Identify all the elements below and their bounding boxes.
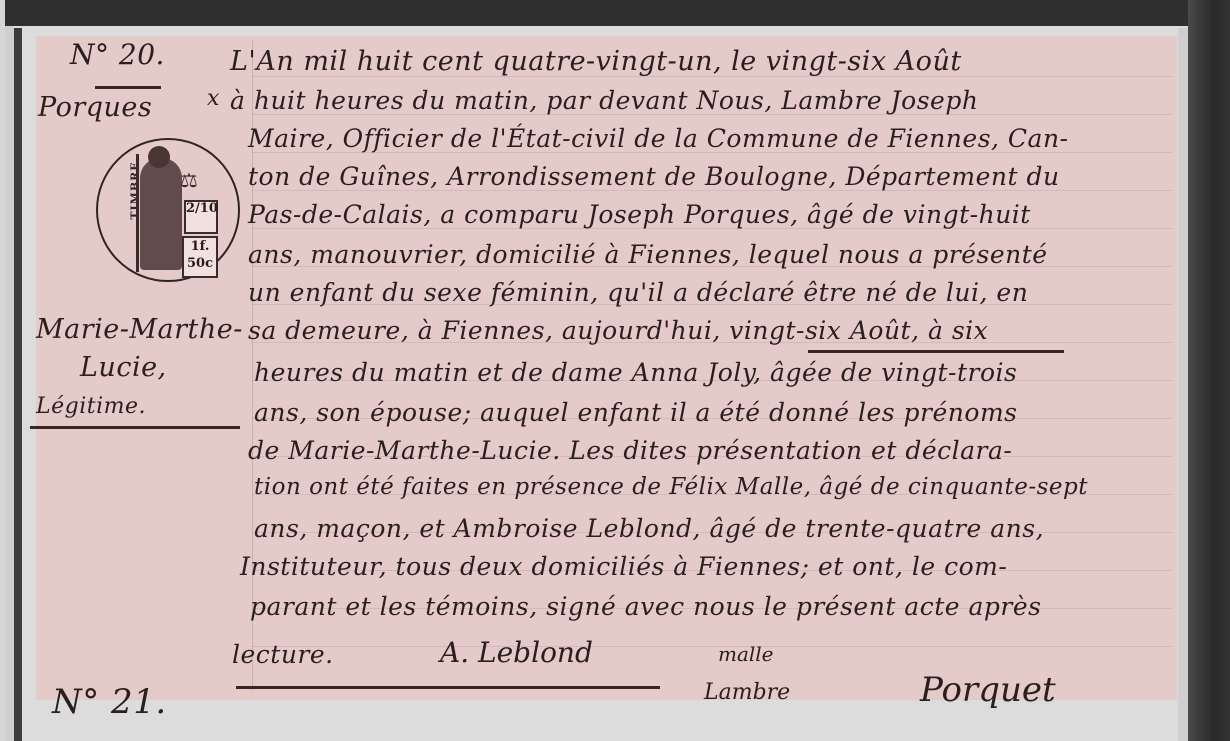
date-underline <box>808 350 1064 353</box>
record-line-9: heures du matin et de dame Anna Joly, âg… <box>254 358 1017 387</box>
margin-status: Légitime. <box>36 394 146 419</box>
scan-right-border <box>1188 0 1230 741</box>
signature-porquet: Porquet <box>920 670 1056 710</box>
record-line-8: sa demeure, à Fiennes, aujourd'hui, ving… <box>248 316 988 345</box>
page-left-margin <box>5 26 14 741</box>
signature-leblond: A. Leblond <box>440 636 593 669</box>
record-line-10: ans, son épouse; auquel enfant il a été … <box>254 398 1017 427</box>
margin-status-underline <box>30 426 240 429</box>
margin-surname-mark: x <box>207 86 220 111</box>
stamp-value-top: 2/10 <box>184 200 218 234</box>
stamp-value-bottom: 1f. 50c <box>182 236 218 278</box>
record-line-11: de Marie-Marthe-Lucie. Les dites présent… <box>248 436 1012 465</box>
signature-underline <box>236 686 660 689</box>
binding-line <box>14 28 22 741</box>
record-line-16: lecture. <box>232 640 334 669</box>
justice-figure-icon <box>140 158 182 270</box>
record-line-7: un enfant du sexe féminin, qu'il a décla… <box>248 278 1028 307</box>
stamp-staff-icon <box>136 154 139 272</box>
signature-malle: malle <box>718 642 774 666</box>
record-line-3: Maire, Officier de l'État-civil de la Co… <box>248 124 1069 153</box>
margin-given-names-2: Lucie, <box>80 352 167 383</box>
stamp-value-francs: 1f. <box>184 238 216 255</box>
stamp-value-centimes: 50c <box>184 255 216 272</box>
next-entry-number: N° 21. <box>52 682 167 722</box>
scales-icon: ⚖ <box>180 168 198 192</box>
record-line-13: ans, maçon, et Ambroise Leblond, âgé de … <box>254 514 1044 543</box>
margin-surname: Porques <box>38 92 152 123</box>
record-line-5: Pas-de-Calais, a comparu Joseph Porques,… <box>248 200 1031 229</box>
stamp-value-top-text: 2/10 <box>186 201 218 216</box>
margin-given-names-1: Marie-Marthe- <box>36 314 243 345</box>
record-line-1: L'An mil huit cent quatre-vingt-un, le v… <box>230 46 962 77</box>
record-line-14: Instituteur, tous deux domiciliés à Fien… <box>240 552 1007 581</box>
record-line-12: tion ont été faites en présence de Félix… <box>254 474 1088 500</box>
record-line-15: parant et les témoins, signé avec nous l… <box>250 592 1042 621</box>
signature-lambre: Lambre <box>704 680 790 705</box>
record-line-2: à huit heures du matin, par devant Nous,… <box>230 86 978 115</box>
entry-number: N° 20. <box>70 38 165 71</box>
record-line-4: ton de Guînes, Arrondissement de Boulogn… <box>248 162 1060 191</box>
ruled-line <box>252 646 1172 647</box>
tax-stamp: TIMBRE ⚖ 2/10 1f. 50c <box>96 138 240 282</box>
record-line-6: ans, manouvrier, domicilié à Fiennes, le… <box>248 240 1048 269</box>
entry-number-underline <box>95 86 161 89</box>
